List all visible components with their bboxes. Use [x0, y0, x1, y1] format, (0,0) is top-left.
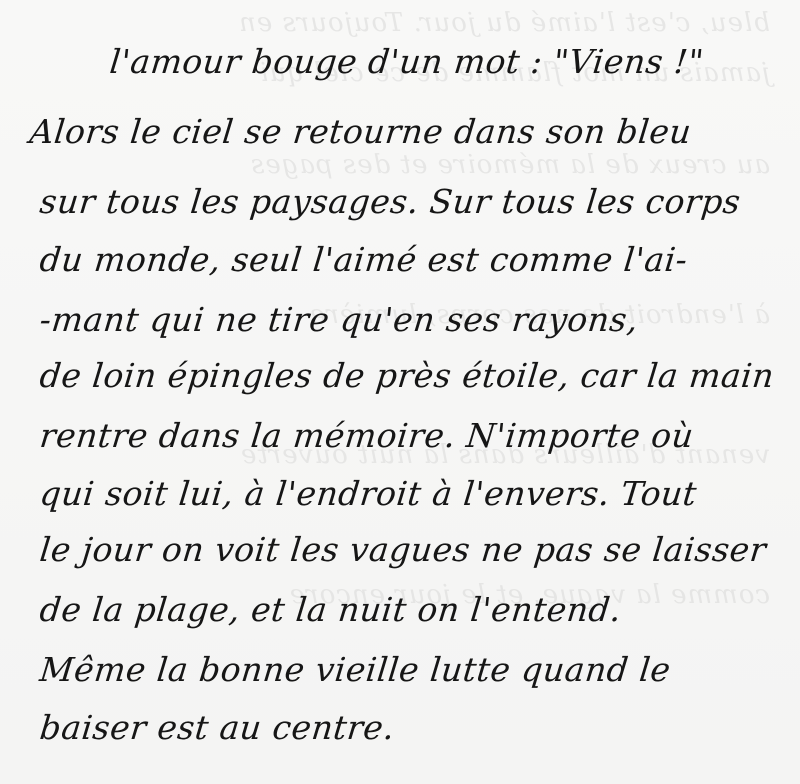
poem-line-3: sur tous les paysages. Sur tous les corp… — [38, 182, 743, 221]
poem-line-9: le jour on voit les vagues ne pas se lai… — [38, 530, 768, 569]
poem-line-2: Alors le ciel se retourne dans son bleu — [28, 112, 693, 151]
poem-line-12: baiser est au centre. — [38, 708, 397, 747]
poem-line-8: qui soit lui, à l'endroit à l'envers. To… — [38, 474, 699, 513]
poem-line-1: l'amour bouge d'un mot : "Viens !" — [108, 42, 706, 81]
poem-line-5: -mant qui ne tire qu'en ses rayons, — [38, 300, 640, 339]
poem-line-4: du monde, seul l'aimé est comme l'ai- — [38, 240, 690, 279]
poem-line-6: de loin épingles de près étoile, car la … — [38, 356, 776, 395]
ghost-line: bleu, c'est l'aimé du jour. Toujours en — [238, 8, 770, 38]
paper-page: bleu, c'est l'aimé du jour. Toujours en … — [0, 0, 800, 784]
poem-line-7: rentre dans la mémoire. N'importe où — [38, 416, 696, 455]
poem-line-10: de la plage, et la nuit on l'entend. — [38, 590, 623, 629]
poem-line-11: Même la bonne vieille lutte quand le — [38, 650, 673, 689]
ghost-line: au creux de la mémoire et des pages — [250, 150, 770, 180]
